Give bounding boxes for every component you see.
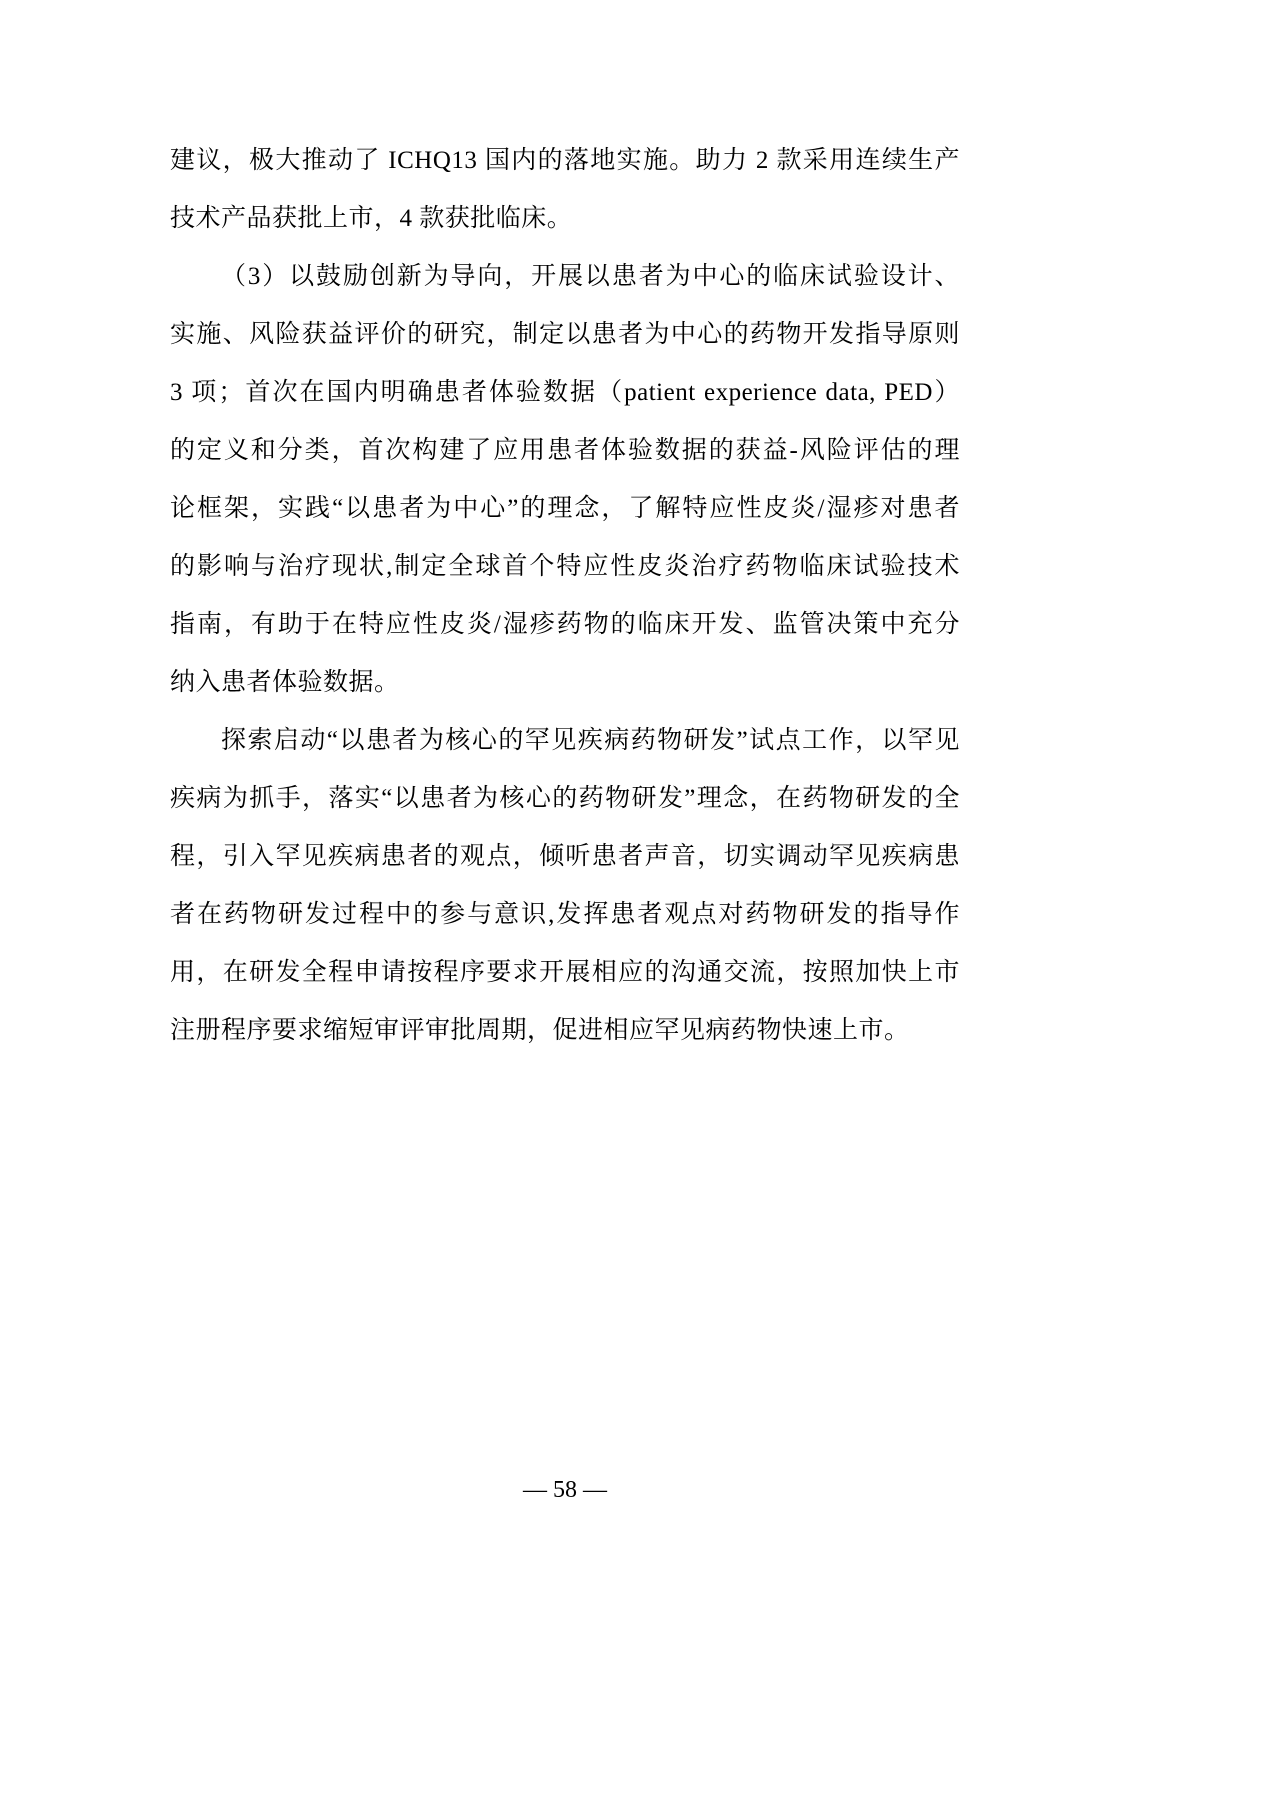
text-line: （3）以鼓励创新为导向，开展以患者为中心的临床试验设计、 <box>170 248 960 306</box>
text-line: 论框架，实践“以患者为中心”的理念，了解特应性皮炎/湿疹对患者 <box>170 480 960 538</box>
page-number: — 58 — <box>170 1462 960 1518</box>
text-line: 技术产品获批上市，4 款获批临床。 <box>170 190 960 248</box>
text-line: 用，在研发全程申请按程序要求开展相应的沟通交流，按照加快上市 <box>170 944 960 1002</box>
text-line: 探索启动“以患者为核心的罕见疾病药物研发”试点工作，以罕见 <box>170 712 960 770</box>
document-body: 建议，极大推动了 ICHQ13 国内的落地实施。助力 2 款采用连续生产技术产品… <box>170 132 960 1060</box>
text-line: 指南，有助于在特应性皮炎/湿疹药物的临床开发、监管决策中充分 <box>170 596 960 654</box>
text-line: 程，引入罕见疾病患者的观点，倾听患者声音，切实调动罕见疾病患 <box>170 828 960 886</box>
text-line: 注册程序要求缩短审评审批周期，促进相应罕见病药物快速上市。 <box>170 1002 960 1060</box>
text-line: 的影响与治疗现状,制定全球首个特应性皮炎治疗药物临床试验技术 <box>170 538 960 596</box>
text-line: 者在药物研发过程中的参与意识,发挥患者观点对药物研发的指导作 <box>170 886 960 944</box>
text-line: 实施、风险获益评价的研究，制定以患者为中心的药物开发指导原则 <box>170 306 960 364</box>
text-line: 建议，极大推动了 ICHQ13 国内的落地实施。助力 2 款采用连续生产 <box>170 132 960 190</box>
text-line: 3 项；首次在国内明确患者体验数据（patient experience dat… <box>170 364 960 422</box>
text-line: 疾病为抓手，落实“以患者为核心的药物研发”理念，在药物研发的全 <box>170 770 960 828</box>
text-line: 的定义和分类，首次构建了应用患者体验数据的获益-风险评估的理 <box>170 422 960 480</box>
document-page: 建议，极大推动了 ICHQ13 国内的落地实施。助力 2 款采用连续生产技术产品… <box>0 0 1280 1810</box>
text-line: 纳入患者体验数据。 <box>170 654 960 712</box>
